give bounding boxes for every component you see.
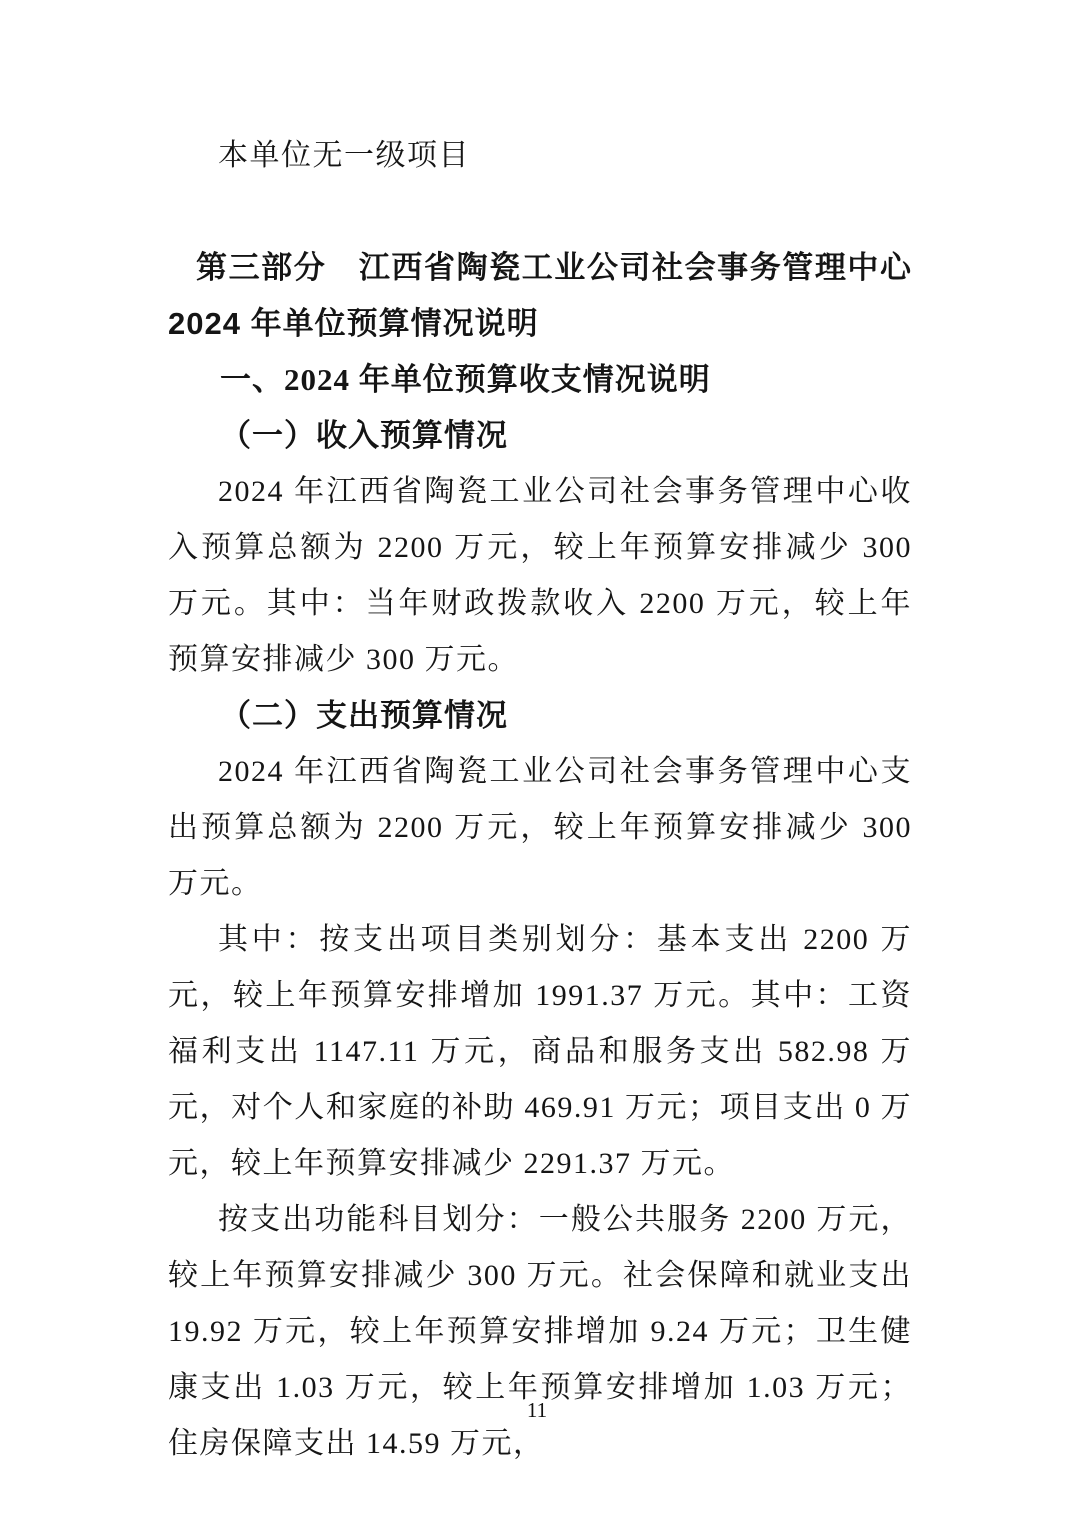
section1-heading: 一、2024 年单位预算收支情况说明 [168,352,912,408]
income-paragraph: 2024 年江西省陶瓷工业公司社会事务管理中心收入预算总额为 2200 万元，较… [168,464,912,688]
part3-heading: 第三部分 江西省陶瓷工业公司社会事务管理中心 2024 年单位预算情况说明 [168,240,912,352]
document-page: 本单位无一级项目 第三部分 江西省陶瓷工业公司社会事务管理中心 2024 年单位… [0,0,1074,1520]
income-subheading: （一）收入预算情况 [168,408,912,464]
expense-subheading: （二）支出预算情况 [168,688,912,744]
expense-paragraph-by-category: 其中：按支出项目类别划分：基本支出 2200 万元，较上年预算安排增加 1991… [168,912,912,1192]
expense-paragraph-total: 2024 年江西省陶瓷工业公司社会事务管理中心支出预算总额为 2200 万元，较… [168,744,912,912]
page-number: 11 [0,1398,1074,1423]
expense-paragraph-by-function: 按支出功能科目划分：一般公共服务 2200 万元，较上年预算安排减少 300 万… [168,1192,912,1472]
no-level1-project-line: 本单位无一级项目 [168,128,912,184]
